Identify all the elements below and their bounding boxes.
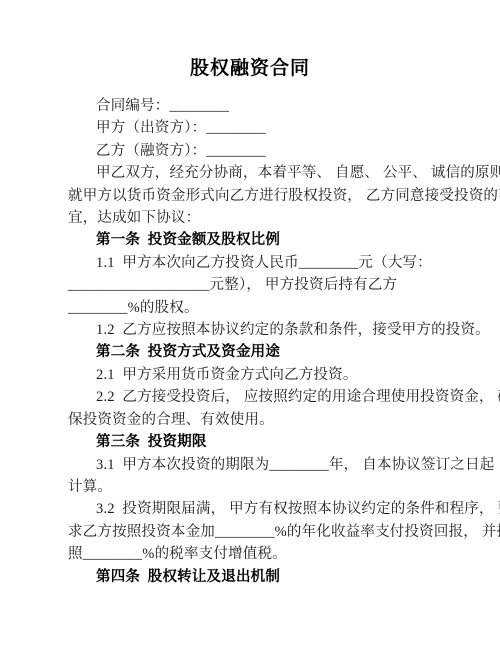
clause-3-2-line-3: 照________%的税率支付增值税。 [68,543,490,565]
section-2-heading: 第二条 投资方式及资金用途 [68,341,490,363]
clause-2-2-line-1: 2.2 乙方接受投资后， 应按照约定的用途合理使用投资资金， 确 [68,386,490,408]
clause-3-2-line-1: 3.2 投资期限届满， 甲方有权按照本协议约定的条件和程序， 要 [68,498,490,520]
preamble-line-1: 甲乙双方，经充分协商，本着平等、 自愿、 公平、 诚信的原则， [68,162,490,184]
document-body: 合同编号：________甲方（出资方）：________乙方（融资方）：___… [0,95,500,588]
clause-1-1-line-1: 1.1 甲方本次向乙方投资人民币________元（大写： [68,252,490,274]
document-title: 股权融资合同 [0,54,500,84]
preamble-line-2: 就甲方以货币资金形式向乙方进行股权投资， 乙方同意接受投资的事 [68,185,490,207]
clause-2-2-line-2: 保投资资金的合理、有效使用。 [68,409,490,431]
preamble-line-3: 宜，达成如下协议： [68,207,490,229]
section-3-heading: 第三条 投资期限 [68,431,490,453]
clause-1-1-line-3: ________%的股权。 [68,297,490,319]
clause-2-1-line-1: 2.1 甲方采用货币资金方式向乙方投资。 [68,364,490,386]
party-a-line: 甲方（出资方）：________ [68,117,490,139]
section-4-heading: 第四条 股权转让及退出机制 [68,566,490,588]
clause-3-1-line-2: 计算。 [68,476,490,498]
clause-1-2-line-1: 1.2 乙方应按照本协议约定的条款和条件，接受甲方的投资。 [68,319,490,341]
section-1-heading: 第一条 投资金额及股权比例 [68,229,490,251]
clause-3-2-line-2: 求乙方按照投资本金加________%的年化收益率支付投资回报， 并按 [68,521,490,543]
contract-number-line: 合同编号：________ [68,95,490,117]
party-b-line: 乙方（融资方）：________ [68,140,490,162]
clause-1-1-line-2: ___________________元整）， 甲方投资后持有乙方 [68,274,490,296]
document-page: 股权融资合同 合同编号：________甲方（出资方）：________乙方（融… [0,0,500,647]
clause-3-1-line-1: 3.1 甲方本次投资的期限为________年， 自本协议签订之日起 [68,454,490,476]
